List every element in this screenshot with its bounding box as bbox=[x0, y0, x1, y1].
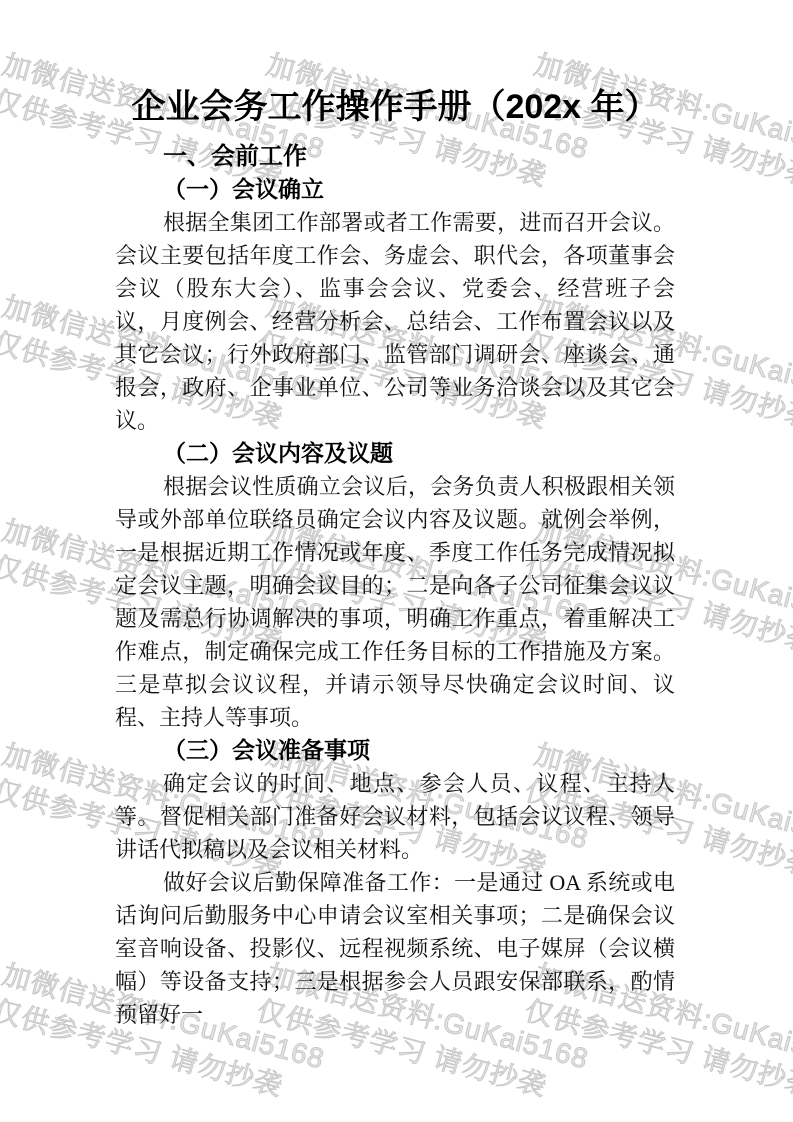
paragraph-meeting-preparation-materials: 确定会议的时间、地点、参会人员、议程、主持人等。督促相关部门准备好会议材料，包括… bbox=[115, 767, 675, 866]
paragraph-meeting-logistics: 做好会议后勤保障准备工作：一是通过 OA 系统或电话询问后勤服务中心申请会议室相… bbox=[115, 866, 675, 1031]
document-page: 加微信送资料:GuKai5168仅供参考学习 请勿抄袭加微信送资料:GuKai5… bbox=[0, 0, 793, 1122]
section-heading-pre-meeting-work: 一、会前工作 bbox=[115, 140, 675, 173]
paragraph-meeting-establishment: 根据全集团工作部署或者工作需要，进而召开会议。会议主要包括年度工作会、务虚会、职… bbox=[115, 206, 675, 437]
subsection-heading-meeting-content-topics: （二）会议内容及议题 bbox=[115, 437, 675, 470]
subsection-heading-meeting-establishment: （一）会议确立 bbox=[115, 173, 675, 206]
document-title: 企业会务工作操作手册（202x 年） bbox=[115, 84, 675, 130]
paragraph-meeting-content-topics: 根据会议性质确立会议后，会务负责人积极跟相关领导或外部单位联络员确定会议内容及议… bbox=[115, 470, 675, 734]
document-body: 企业会务工作操作手册（202x 年） 一、会前工作 （一）会议确立 根据全集团工… bbox=[115, 84, 675, 1031]
subsection-heading-meeting-preparation: （三）会议准备事项 bbox=[115, 734, 675, 767]
